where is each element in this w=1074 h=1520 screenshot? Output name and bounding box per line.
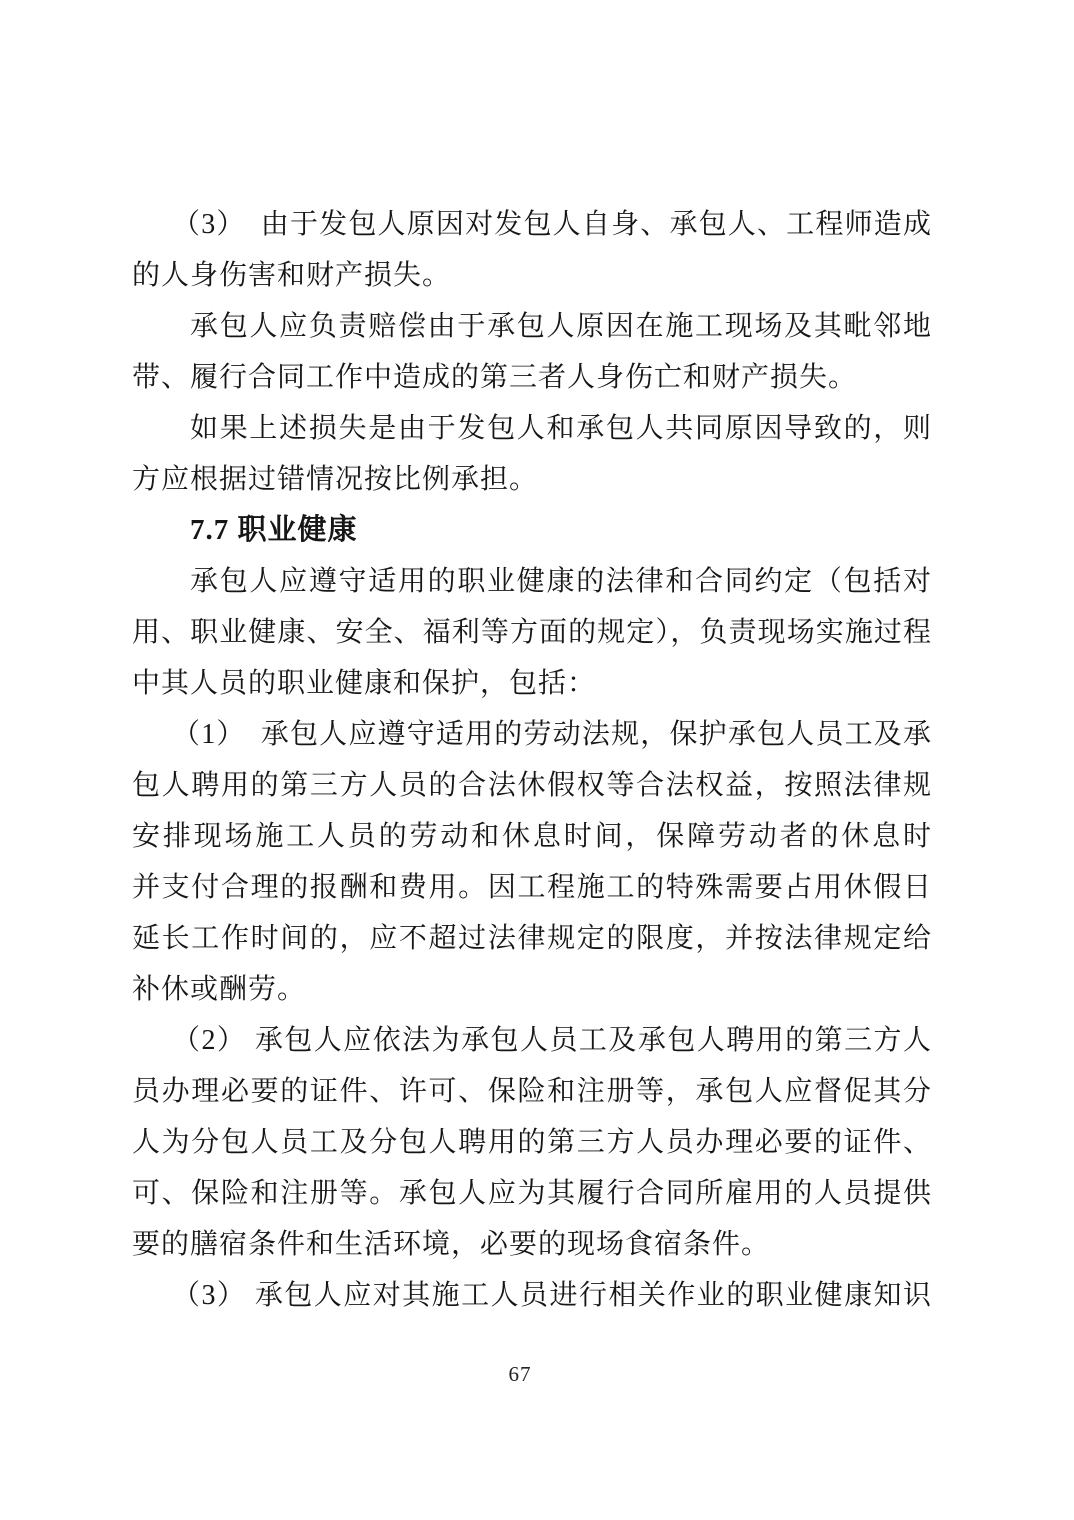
text-line: 要的膳宿条件和生活环境，必要的现场食宿条件。 — [132, 1219, 932, 1270]
text-line: 延长工作时间的，应不超过法律规定的限度，并按法律规定给予 — [132, 913, 932, 964]
document-page: （3） 由于发包人原因对发包人自身、承包人、工程师造成的人身伤害和财产损失。承包… — [0, 0, 1074, 1520]
text-line: （1） 承包人应遵守适用的劳动法规，保护承包人员工及承 — [132, 709, 932, 760]
text-line: 用、职业健康、安全、福利等方面的规定），负责现场实施过程 — [132, 607, 932, 658]
page-number: 67 — [509, 1362, 532, 1386]
text-line: 人为分包人员工及分包人聘用的第三方人员办理必要的证件、许 — [132, 1117, 932, 1168]
text-line: （2） 承包人应依法为承包人员工及承包人聘用的第三方人 — [132, 1015, 932, 1066]
text-line: 安排现场施工人员的劳动和休息时间，保障劳动者的休息时间， — [132, 811, 932, 862]
text-line: 的人身伤害和财产损失。 — [132, 250, 932, 301]
text-line: 方应根据过错情况按比例承担。 — [132, 454, 932, 505]
document-body: （3） 由于发包人原因对发包人自身、承包人、工程师造成的人身伤害和财产损失。承包… — [132, 199, 932, 1321]
text-line: 包人聘用的第三方人员的合法休假权等合法权益，按照法律规定 — [132, 760, 932, 811]
section-heading: 7.7 职业健康 — [132, 505, 932, 556]
text-line: （3） 承包人应对其施工人员进行相关作业的职业健康知识 — [132, 1270, 932, 1321]
text-line: 补休或酬劳。 — [132, 964, 932, 1015]
text-line: 承包人应遵守适用的职业健康的法律和合同约定（包括对雇 — [132, 556, 932, 607]
text-line: 承包人应负责赔偿由于承包人原因在施工现场及其毗邻地 — [132, 301, 932, 352]
text-line: 带、履行合同工作中造成的第三者人身伤亡和财产损失。 — [132, 352, 932, 403]
text-line: 中其人员的职业健康和保护，包括： — [132, 658, 932, 709]
text-line: 并支付合理的报酬和费用。因工程施工的特殊需要占用休假日或 — [132, 862, 932, 913]
text-line: 如果上述损失是由于发包人和承包人共同原因导致的，则双 — [132, 403, 932, 454]
text-line: （3） 由于发包人原因对发包人自身、承包人、工程师造成 — [132, 199, 932, 250]
page-footer: 67 — [0, 1362, 1040, 1387]
text-line: 员办理必要的证件、许可、保险和注册等，承包人应督促其分包 — [132, 1066, 932, 1117]
text-line: 可、保险和注册等。承包人应为其履行合同所雇用的人员提供必 — [132, 1168, 932, 1219]
